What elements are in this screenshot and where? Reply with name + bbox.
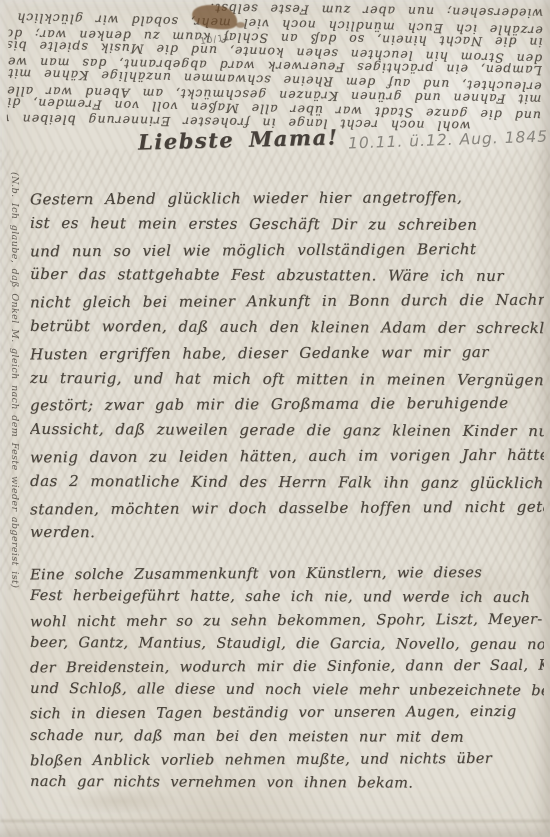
body-line: schade nur, daß man bei den meisten nur … xyxy=(30,724,544,749)
inverted-continuation-text: wohl noch recht lange in frohester Erinn… xyxy=(7,0,544,136)
body-line: und Schloß, alle diese und noch viele me… xyxy=(30,678,544,703)
ink-speck xyxy=(236,22,245,28)
body-line: Aussicht, daß zuweilen gerade die ganz k… xyxy=(30,417,544,445)
body-line: wenig davon zu leiden hätten, auch im vo… xyxy=(30,443,544,471)
body-line: werden. xyxy=(30,520,544,548)
body-line: über das stattgehabte Fest abzustatten. … xyxy=(30,262,544,290)
body-line: und nun so viel wie möglich vollständige… xyxy=(30,236,544,264)
letter-body: Gestern Abend glücklich wieder hier ange… xyxy=(30,186,544,795)
body-line: Eine solche Zusammenkunft von Künstlern,… xyxy=(30,562,544,588)
letter-page: wohl noch recht lange in frohester Erinn… xyxy=(0,0,550,837)
body-line: das 2 monatliche Kind des Herrn Falk ihn… xyxy=(30,469,544,497)
body-paragraph-2: Eine solche Zusammenkunft von Künstlern,… xyxy=(30,563,544,795)
margin-note: (N.b. Ich glaube, daß Onkel M. gleich na… xyxy=(3,172,20,572)
body-line: Husten ergriffen habe, dieser Gedanke wa… xyxy=(30,339,544,367)
body-line: betrübt worden, daß auch den kleinen Ada… xyxy=(30,314,544,342)
body-line: gestört; zwar gab mir die Großmama die b… xyxy=(30,391,544,419)
body-line: der Breidenstein, wodurch mir die Sinfon… xyxy=(30,655,544,681)
body-line: zu traurig, und hat mich oft mitten in m… xyxy=(30,365,544,393)
body-line: beer, Gantz, Mantius, Staudigl, die Garc… xyxy=(30,632,544,657)
body-line: bloßen Anblick vorlieb nehmen mußte, und… xyxy=(30,747,544,773)
body-line: Fest herbeigeführt hatte, sahe ich nie, … xyxy=(30,585,544,610)
body-line: Gestern Abend glücklich wieder hier ange… xyxy=(30,185,544,213)
body-line: nicht gleich bei meiner Ankunft in Bonn … xyxy=(30,288,544,316)
paper-crease xyxy=(0,820,550,822)
body-line: standen, möchten wir doch dasselbe hoffe… xyxy=(30,494,544,522)
body-line: wohl nicht mehr so zu sehn bekommen, Spo… xyxy=(30,608,544,634)
body-line: nach gar nichts vernehmen von ihnen beka… xyxy=(30,771,544,796)
body-line: ist es heut mein erstes Geschäft Dir zu … xyxy=(30,211,544,239)
body-paragraph-1: Gestern Abend glücklich wieder hier ange… xyxy=(30,186,544,547)
body-line: sich in diesen Tagen beständig vor unser… xyxy=(30,701,544,727)
salutation: Liebste Mama! xyxy=(138,124,339,154)
